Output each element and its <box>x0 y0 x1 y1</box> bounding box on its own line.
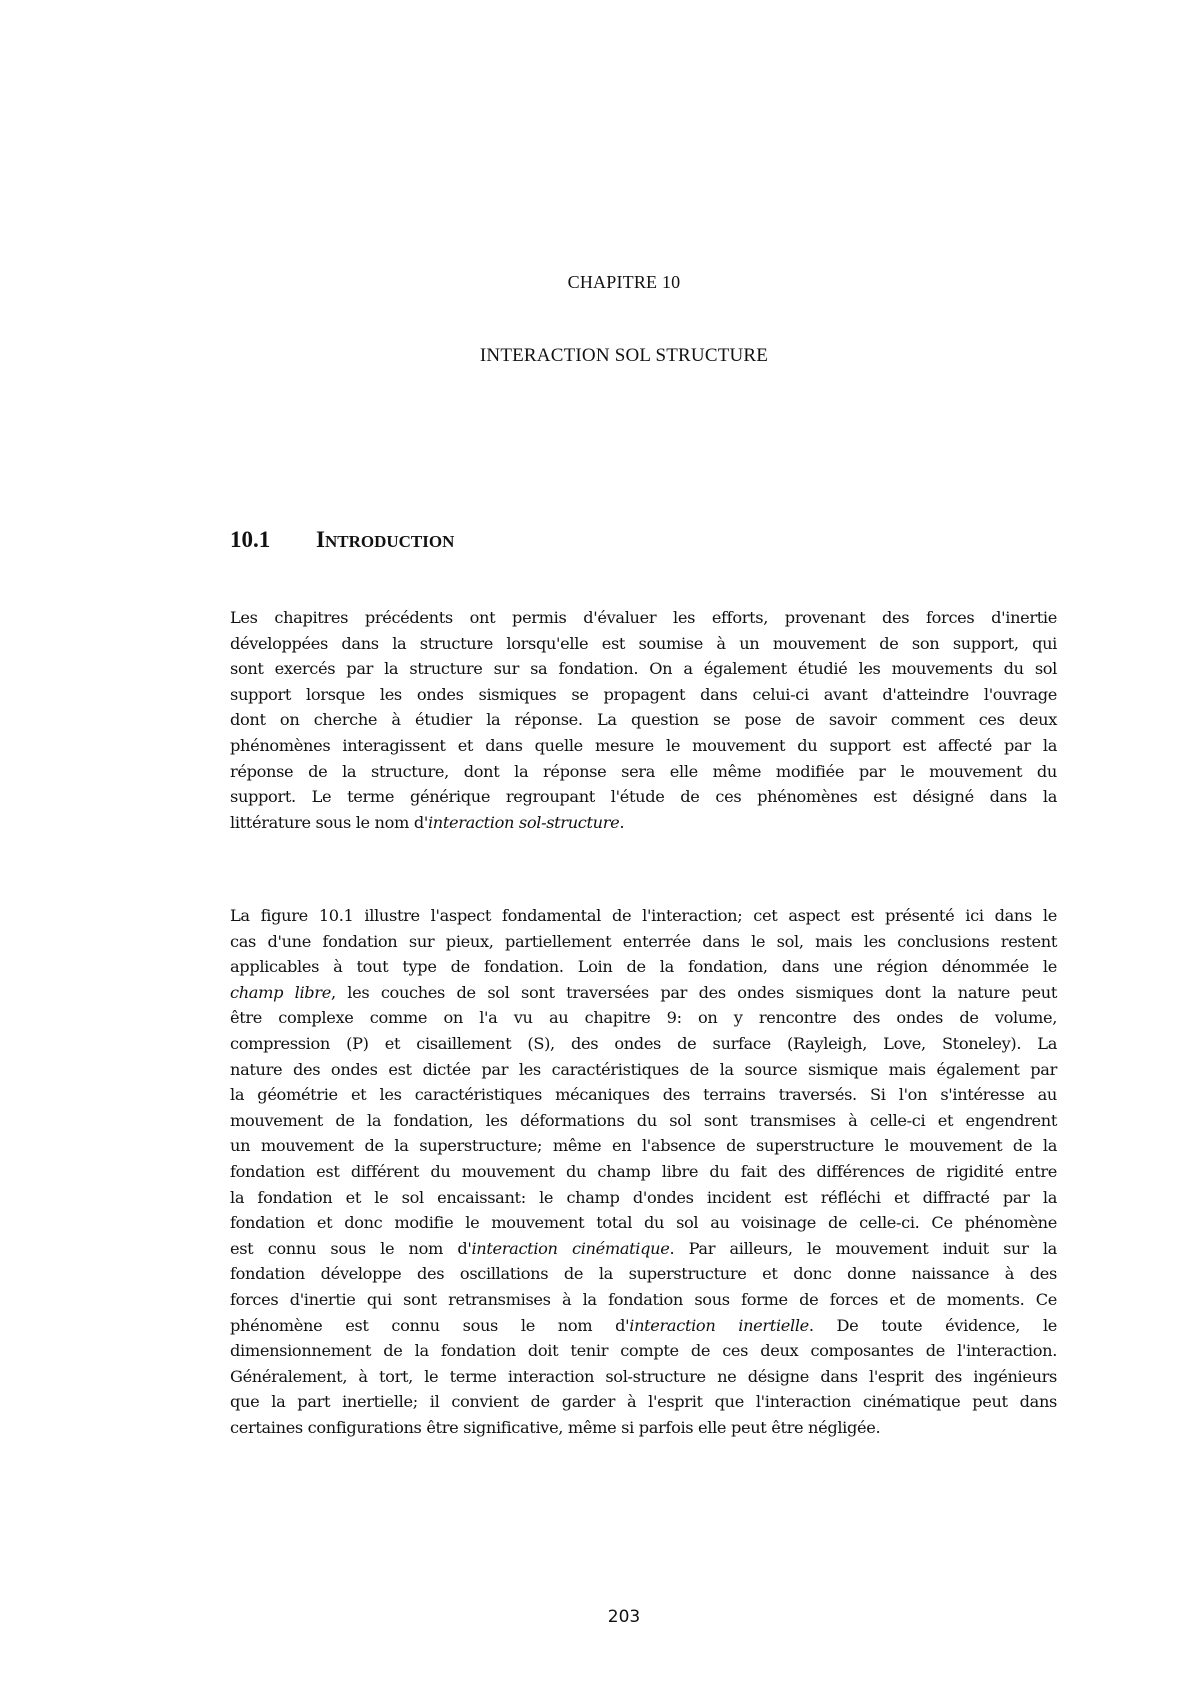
text-line: compression (P) et cisaillement (S), des… <box>230 1031 1057 1057</box>
text-line: être complexe comme on l'a vu au chapitr… <box>230 1005 1057 1031</box>
text-line: fondation est différent du mouvement du … <box>230 1159 1057 1185</box>
paragraph-1: Les chapitres précédents ont permis d'év… <box>230 605 1057 835</box>
italic-term: champ libre <box>230 983 331 1002</box>
text-line: Les chapitres précédents ont permis d'év… <box>230 605 1057 631</box>
text-line: dimensionnement de la fondation doit ten… <box>230 1338 1057 1364</box>
page-number: 203 <box>0 1607 1200 1627</box>
text-run: phénomène est connu sous le nom d' <box>230 1316 629 1335</box>
section-title-rest: NTRODUCTION <box>325 532 454 551</box>
italic-term: interaction sol-structure <box>428 813 619 832</box>
italic-term: interaction inertielle <box>629 1316 809 1335</box>
text-line: réponse de la structure, dont la réponse… <box>230 759 1057 785</box>
text-line: fondation et donc modifie le mouvement t… <box>230 1210 1057 1236</box>
text-line: support lorsque les ondes sismiques se p… <box>230 682 1057 708</box>
text-line: applicables à tout type de fondation. Lo… <box>230 954 1057 980</box>
italic-term: interaction cinématique <box>471 1239 669 1258</box>
text-line: phénomène est connu sous le nom d'intera… <box>230 1313 1057 1339</box>
text-line: Généralement, à tort, le terme interacti… <box>230 1364 1057 1390</box>
text-line: littérature sous le nom d'interaction so… <box>230 810 1057 836</box>
text-run: , les couches de sol sont traversées par… <box>331 983 1057 1002</box>
text-line: forces d'inertie qui sont retransmises à… <box>230 1287 1057 1313</box>
text-run: . <box>619 813 624 832</box>
text-line: un mouvement de la superstructure; même … <box>230 1133 1057 1159</box>
text-line: que la part inertielle; il convient de g… <box>230 1389 1057 1415</box>
text-line: la fondation et le sol encaissant: le ch… <box>230 1185 1057 1211</box>
text-line: dont on cherche à étudier la réponse. La… <box>230 707 1057 733</box>
chapter-label: CHAPITRE 10 <box>0 272 1200 293</box>
text-line: cas d'une fondation sur pieux, partielle… <box>230 929 1057 955</box>
text-run: . De toute évidence, le <box>809 1316 1057 1335</box>
chapter-title: INTERACTION SOL STRUCTURE <box>0 345 1200 367</box>
section-heading: 10.1INTRODUCTION <box>230 527 454 553</box>
text-line: certaines configurations être significat… <box>230 1415 1057 1441</box>
text-line: développées dans la structure lorsqu'ell… <box>230 631 1057 657</box>
section-number: 10.1 <box>230 527 316 553</box>
document-page: CHAPITRE 10 INTERACTION SOL STRUCTURE 10… <box>0 0 1200 1698</box>
text-line: champ libre, les couches de sol sont tra… <box>230 980 1057 1006</box>
text-line: support. Le terme générique regroupant l… <box>230 784 1057 810</box>
text-line: nature des ondes est dictée par les cara… <box>230 1057 1057 1083</box>
text-line: sont exercés par la structure sur sa fon… <box>230 656 1057 682</box>
text-line: phénomènes interagissent et dans quelle … <box>230 733 1057 759</box>
text-line: mouvement de la fondation, les déformati… <box>230 1108 1057 1134</box>
text-line: est connu sous le nom d'interaction ciné… <box>230 1236 1057 1262</box>
text-line: fondation développe des oscillations de … <box>230 1261 1057 1287</box>
section-title-initial: I <box>316 527 325 552</box>
text-line: la géométrie et les caractéristiques méc… <box>230 1082 1057 1108</box>
paragraph-2: La figure 10.1 illustre l'aspect fondame… <box>230 903 1057 1440</box>
text-line: La figure 10.1 illustre l'aspect fondame… <box>230 903 1057 929</box>
text-run: . Par ailleurs, le mouvement induit sur … <box>669 1239 1057 1258</box>
text-run: est connu sous le nom d' <box>230 1239 471 1258</box>
text-run: littérature sous le nom d' <box>230 813 428 832</box>
